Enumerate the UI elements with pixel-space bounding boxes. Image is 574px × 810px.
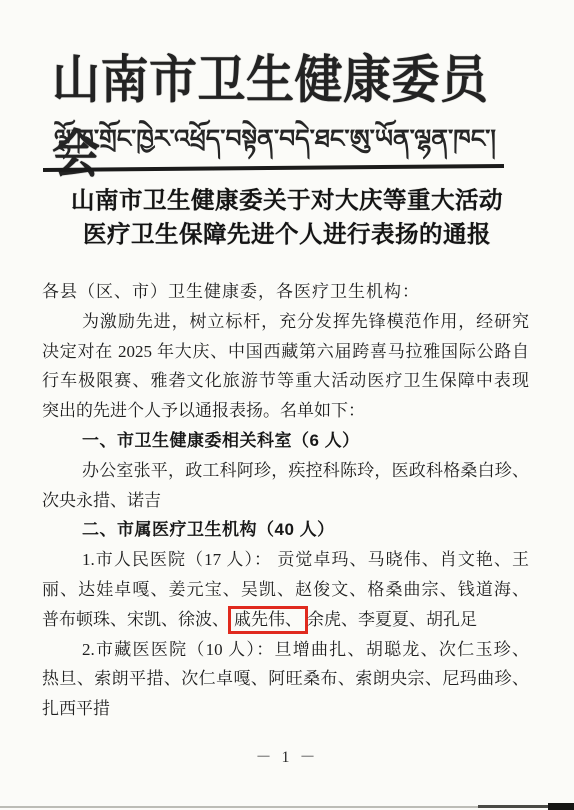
- page-number: － 1 －: [0, 744, 574, 767]
- peoples-hospital-line3-after: 余虎、李夏夏、胡孔足: [307, 610, 477, 629]
- peoples-hospital-line3-before: 普布顿珠、宋凯、徐波、: [42, 610, 229, 629]
- intro-line-4: 突出的先进个人予以通报表扬。名单如下：: [42, 396, 529, 426]
- tibetan-hospital-line2: 热旦、索朗平措、次仁卓嘎、阿旺桑布、索朗央宗、尼玛曲珍、: [42, 664, 529, 694]
- tibetan-hospital-line1: 2.市藏医医院（10 人）：旦增曲扎、胡聪龙、次仁玉珍、: [42, 635, 529, 665]
- document-title-line1: 山南市卫生健康委关于对大庆等重大活动: [0, 184, 574, 218]
- section1-heading: 一、市卫生健康委相关科室（6 人）: [42, 426, 529, 456]
- peoples-hospital-line2: 丽、达娃卓嘎、姜元宝、吴凯、赵俊文、格桑曲宗、钱道海、: [42, 575, 529, 605]
- peoples-hospital-line1: 1.市人民医院（17 人）： 贡觉卓玛、马晓伟、肖文艳、王: [42, 545, 529, 575]
- section1-names-line1: 办公室张平，政工科阿珍，疾控科陈玲，医政科格桑白珍、: [42, 456, 529, 486]
- section1-names-line2: 次央永措、诺吉: [42, 486, 529, 516]
- scan-edge-artifact-corner: [548, 803, 574, 810]
- salutation: 各县（区、市）卫生健康委，各医疗卫生机构：: [42, 277, 529, 307]
- highlighted-name: 戚先伟、: [234, 610, 302, 629]
- highlight-box: 戚先伟、: [228, 606, 308, 634]
- intro-line-3: 行车极限赛、雅砻文化旅游节等重大活动医疗卫生保障中表现: [42, 366, 529, 396]
- intro-line-1: 为激励先进，树立标杆，充分发挥先锋模范作用，经研究: [42, 307, 529, 337]
- section2-heading: 二、市属医疗卫生机构（40 人）: [42, 515, 529, 545]
- peoples-hospital-line3: 普布顿珠、宋凯、徐波、戚先伟、余虎、李夏夏、胡孔足: [42, 605, 529, 635]
- document-title-line2: 医疗卫生保障先进个人进行表扬的通报: [0, 218, 574, 252]
- tibetan-hospital-line3: 扎西平措: [42, 694, 529, 724]
- document-title: 山南市卫生健康委关于对大庆等重大活动 医疗卫生保障先进个人进行表扬的通报: [0, 184, 574, 252]
- document-body: 各县（区、市）卫生健康委，各医疗卫生机构： 为激励先进，树立标杆，充分发挥先锋模…: [42, 277, 529, 724]
- intro-line-2: 决定对在 2025 年大庆、中国西藏第六届跨喜马拉雅国际公路自: [42, 337, 529, 367]
